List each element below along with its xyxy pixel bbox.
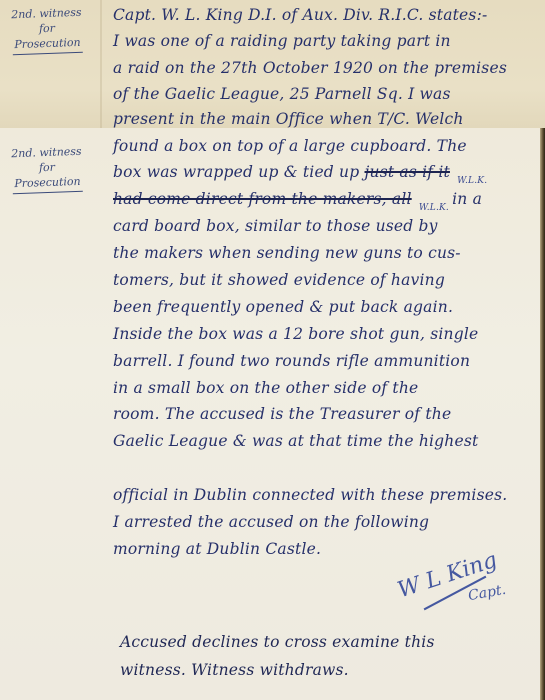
closing-line: witness. Witness withdraws. (120, 661, 349, 679)
statement-line: the makers when sending new guns to cus- (113, 244, 461, 262)
margin-note-line: 2nd. witness (5, 5, 87, 23)
statement-line: barrell. I found two rounds rifle ammuni… (113, 352, 470, 370)
margin-note-top: 2nd. witness for Prosecution (5, 5, 89, 56)
statement-line: tomers, but it showed evidence of having (113, 271, 445, 289)
struck-text: had come direct from the makers, all (113, 190, 412, 208)
statement-line: present in the main Office when T/C. Wel… (113, 110, 464, 128)
statement-line: a raid on the 27th October 1920 on the p… (113, 59, 507, 77)
statement-heading: Capt. W. L. King D.I. of Aux. Div. R.I.C… (113, 6, 487, 24)
statement-line: room. The accused is the Treasurer of th… (113, 405, 451, 423)
margin-note-line: Prosecution (6, 174, 88, 192)
paper-fold (100, 0, 102, 128)
statement-line-with-strike: box was wrapped up & tied up just as if … (113, 163, 485, 181)
statement-line: Inside the box was a 12 bore shot gun, s… (113, 325, 478, 343)
statement-line: in a small box on the other side of the (113, 379, 418, 397)
statement-text: box was wrapped up & tied up (113, 163, 359, 181)
margin-note-line: Prosecution (6, 35, 88, 53)
statement-line: of the Gaelic League, 25 Parnell Sq. I w… (113, 85, 451, 103)
closing-line: Accused declines to cross examine this (120, 633, 435, 651)
struck-text: just as if it (365, 163, 450, 181)
statement-line: official in Dublin connected with these … (113, 486, 507, 504)
correction-initials: W.L.K. (457, 176, 487, 186)
statement-line: found a box on top of a large cupboard. … (113, 137, 467, 155)
statement-line: card board box, similar to those used by (113, 217, 438, 235)
statement-text: in a (452, 190, 482, 208)
page-edge-shadow (540, 128, 545, 700)
correction-initials: W.L.K. (419, 203, 449, 213)
statement-line: morning at Dublin Castle. (113, 540, 321, 558)
margin-note-line: 2nd. witness (5, 144, 87, 162)
statement-line: I arrested the accused on the following (113, 513, 429, 531)
statement-line-with-strike: had come direct from the makers, all W.L… (113, 190, 482, 208)
margin-note-second: 2nd. witness for Prosecution (5, 144, 89, 195)
statement-line: been frequently opened & put back again. (113, 298, 453, 316)
statement-line: I was one of a raiding party taking part… (113, 32, 451, 50)
statement-line: Gaelic League & was at that time the hig… (113, 432, 478, 450)
